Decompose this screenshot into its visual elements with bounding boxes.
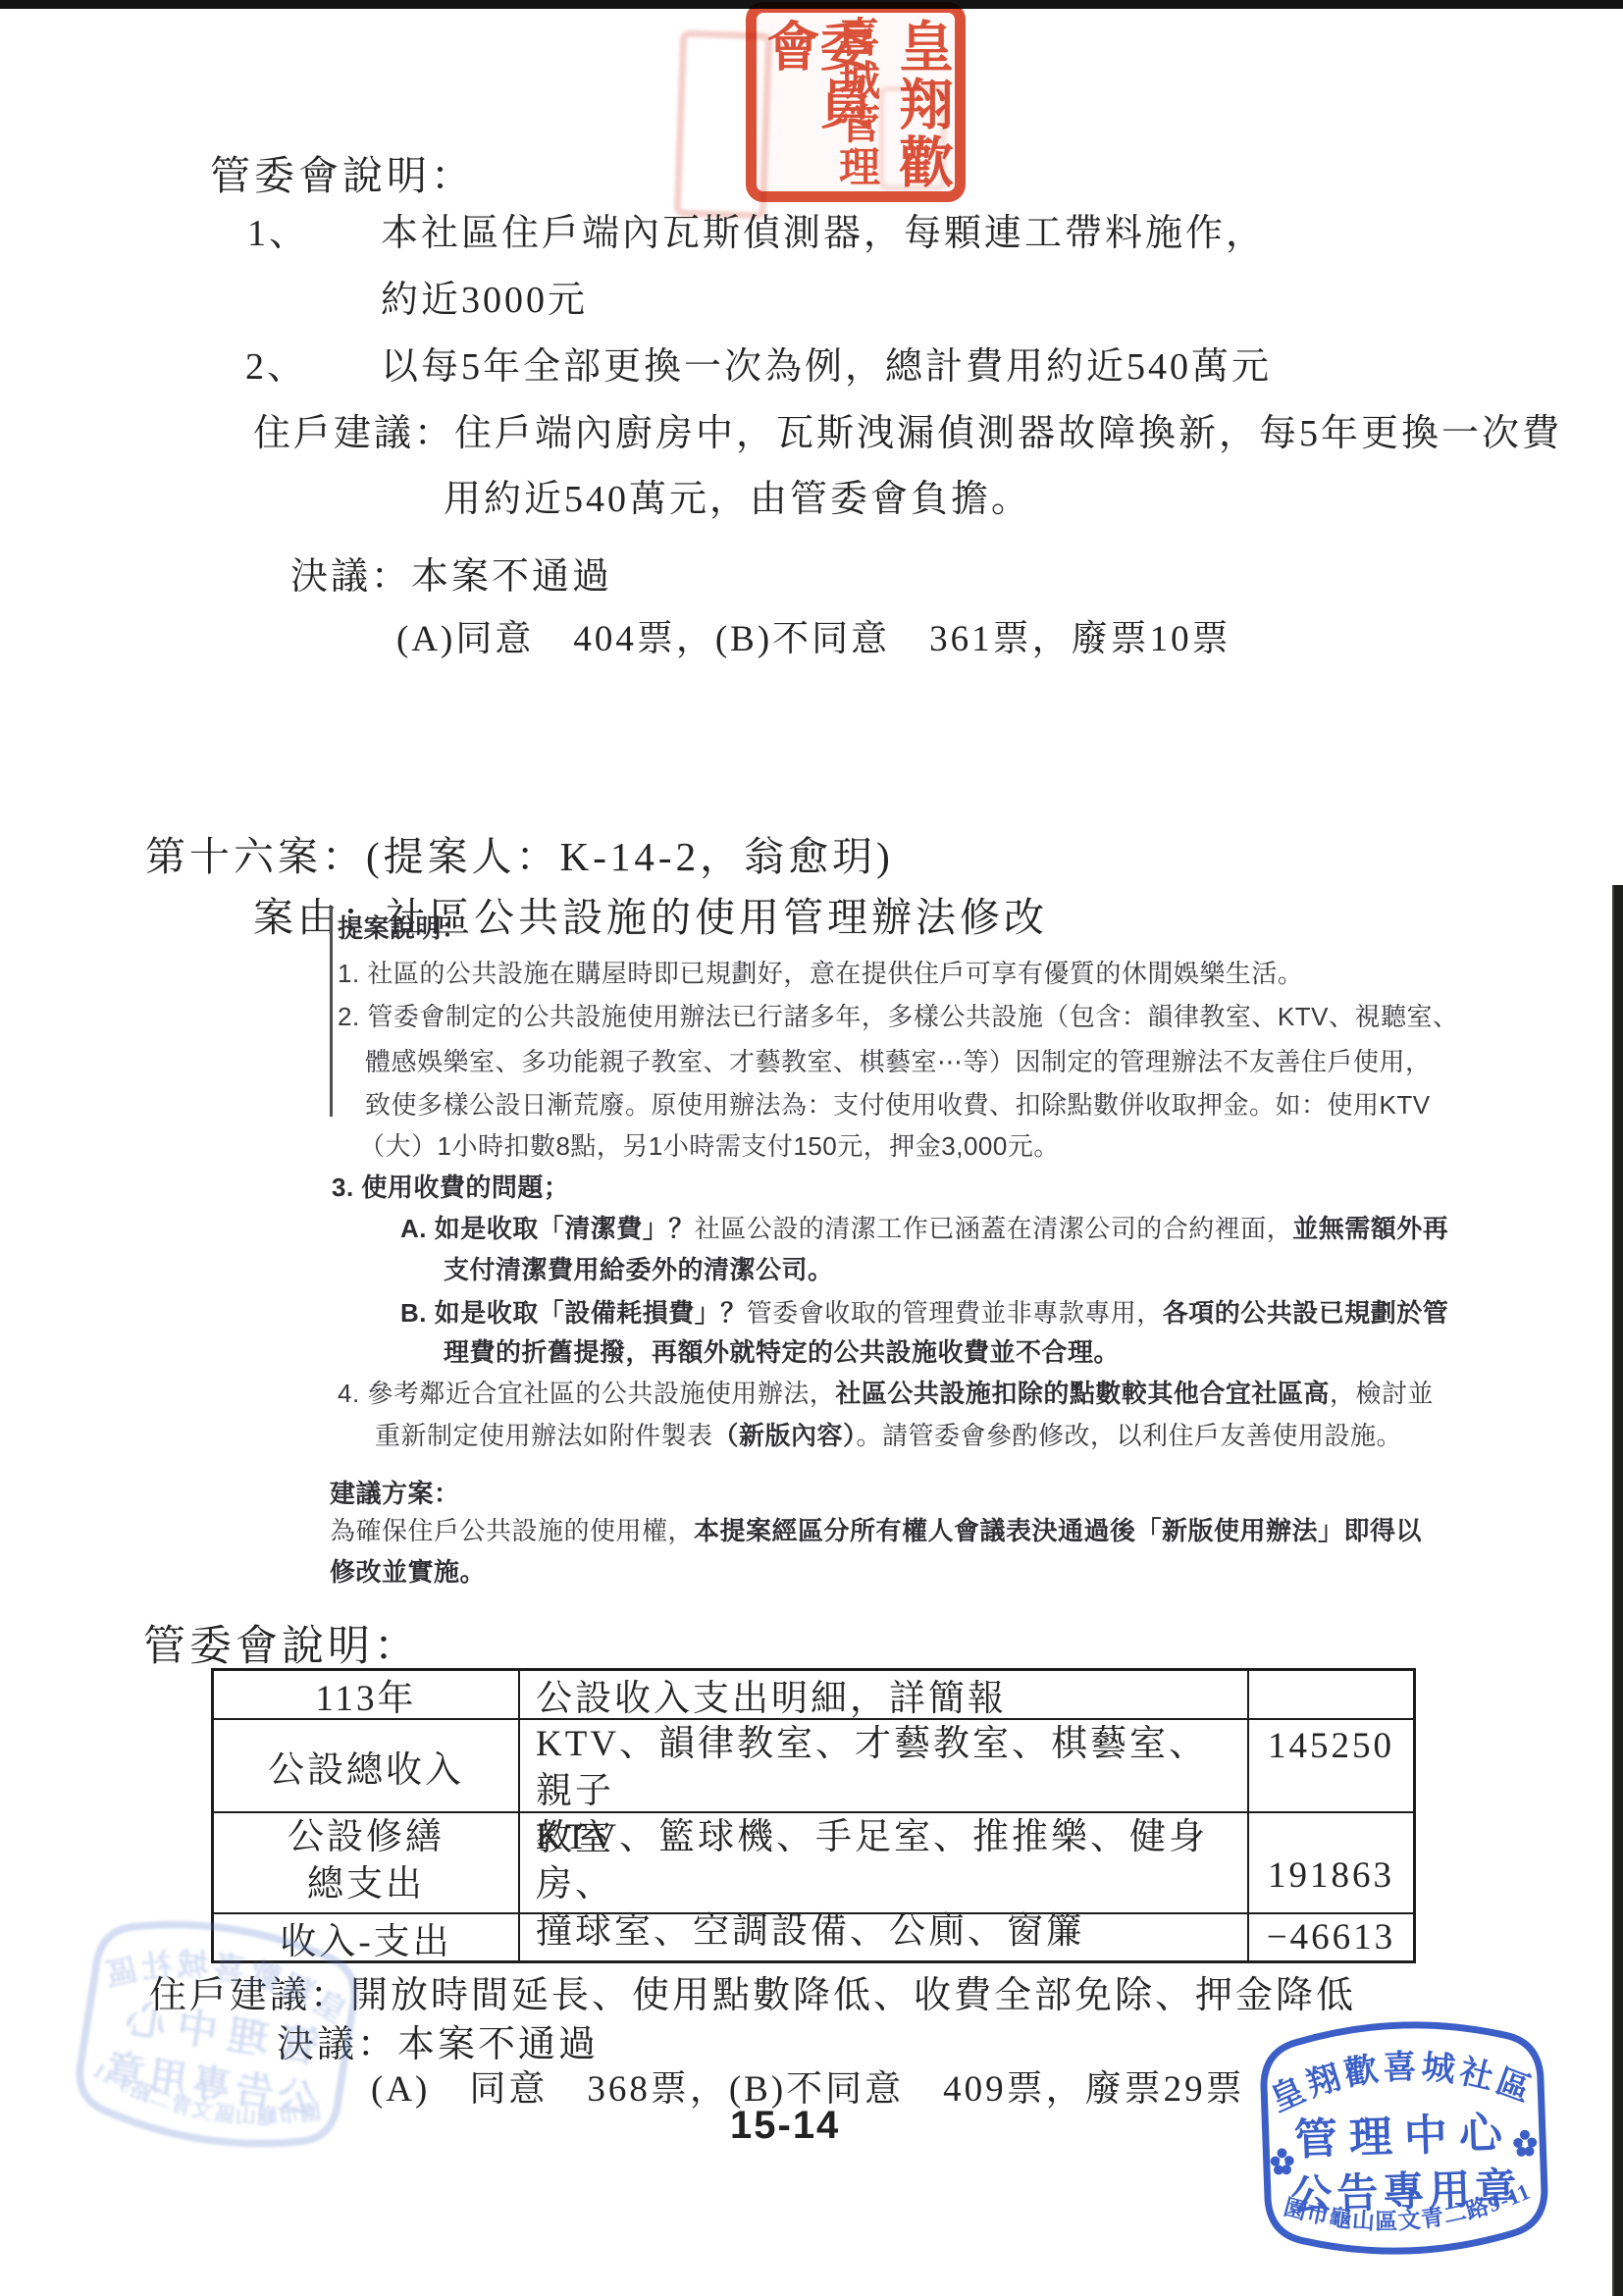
finance-table: 113年 公設收入支出明細，詳簡報 公設總收入 KTV、韻律教室、才藝教室、棋藝… (211, 1668, 1416, 1963)
plum-blossom-icon (1270, 2148, 1294, 2175)
expense-amount-cell: 191863 (1249, 1813, 1413, 1914)
page-number: 15-14 (730, 2104, 840, 2148)
stamp-arc-top-text: 皇翔歡喜城社區 (1264, 2044, 1541, 2119)
proposal-line: 體感娛樂室、多功能親子教室、才藝教室、棋藝室⋯等）因制定的管理辦法不友善住戶使用… (365, 1042, 1432, 1078)
list-item-number: 2、 (245, 336, 307, 390)
scan-edge-right (1612, 885, 1623, 2296)
balance-empty-cell (520, 1914, 1249, 1960)
proposal-line: 致使多樣公設日漸荒廢。原使用辦法為：支付使用收費、扣除點數併收取押金。如：使用K… (365, 1085, 1431, 1122)
proposal-line: 4. 參考鄰近合宜社區的公共設施使用辦法，社區公共設施扣除的點數較其他合宜社區高… (338, 1374, 1434, 1410)
income-label-cell: 公設總收入 (214, 1720, 520, 1813)
summary-cell: 公設收入支出明細，詳簡報 (520, 1671, 1249, 1720)
committee-seal-stamp: 皇翔歡 喜城管理 委員會 (746, 2, 966, 202)
proposal-line: 2. 管委會制定的公共設施使用辦法已行諸多年，多樣公共設施（包含：韻律教室、KT… (338, 997, 1458, 1033)
expense-items-cell: KTV、籃球機、手足室、推推樂、健身房、 撞球室、空調設備、公廁、窗簾 (520, 1813, 1249, 1914)
announcement-stamp-graphic: 皇翔歡喜城社區 管理中心 公告專用章 桃園市龜山區文青二路9-11號 (1237, 1996, 1571, 2281)
committee-seal-col-right: 皇翔歡 (894, 18, 949, 191)
mgmt-note-heading-case15: 管委會說明： (210, 143, 475, 201)
case-title: 第十六案：(提案人：K-14-2，翁愈玥) (145, 824, 894, 882)
announcement-stamp-bleed-mirror: 皇翔歡喜城社區 管理中心 公告專用章 桃園市龜山區文青二路9-11號 (46, 1883, 387, 2186)
resolution-line-case15: 決議：本案不通過 (290, 546, 612, 600)
vote-result-line-case15: (A)同意 404票，(B)不同意 361票，廢票10票 (396, 608, 1231, 661)
list-item-text: 以每5年全部更換一次為例，總計費用約近540萬元 (381, 336, 1272, 390)
committee-seal-col-left: 委員會 (762, 19, 868, 191)
summary-amount-cell (1249, 1671, 1413, 1720)
proposal-line: 支付清潔費用給委外的清潔公司。 (444, 1250, 834, 1286)
proposal-line: B. 如是收取「設備耗損費」？管委會收取的管理費並非專款專用，各項的公共設已規劃… (400, 1293, 1448, 1330)
year-cell: 113年 (214, 1671, 520, 1720)
expense-label-cell: 公設修繕 總支出 (214, 1813, 520, 1914)
announcement-stamp: 皇翔歡喜城社區 管理中心 公告專用章 桃園市龜山區文青二路9-11號 (1237, 1996, 1571, 2281)
proposal-line: 修改並實施。 (330, 1552, 486, 1589)
stamp-center-line1: 管理中心 (1293, 2109, 1515, 2165)
income-amount-cell: 145250 (1249, 1720, 1413, 1813)
proposal-line: 為確保住戶公共設施的使用權，本提案經區分所有權人會議表決通過後「新版使用辦法」即… (330, 1511, 1422, 1547)
proposal-line: 理費的折舊提撥，再額外就特定的公共設施收費並不合理。 (444, 1332, 1120, 1369)
announcement-stamp-ghost-graphic: 皇翔歡喜城社區 管理中心 公告專用章 桃園市龜山區文青二路9-11號 (46, 1883, 387, 2186)
proposal-section-heading: 3. 使用收費的問題； (332, 1168, 569, 1204)
proposal-line: 1. 社區的公共設施在購屋時即已規劃好，意在提供住戶可享有優質的休閒娛樂生活。 (338, 954, 1303, 990)
proposal-plan-heading: 建議方案： (330, 1474, 460, 1510)
balance-amount-cell: −46613 (1249, 1914, 1413, 1960)
proposal-line: （大）1小時扣數8點，另1小時需支付150元，押金3,000元。 (359, 1126, 1060, 1163)
list-item-text: 約近3000元 (381, 269, 588, 323)
resident-suggestion-line: 用約近540萬元，由管委會負擔。 (444, 468, 1031, 522)
plum-blossom-icon (1513, 2129, 1538, 2157)
proposal-heading: 提案說明： (338, 909, 468, 945)
scanned-meeting-minutes-page: 皇翔歡 喜城管理 委員會 管委會說明： 1、 本社區住戶端內瓦斯偵測器，每顆連工… (0, 0, 1623, 2296)
income-items-cell: KTV、韻律教室、才藝教室、棋藝室、親子 教室 (520, 1720, 1249, 1813)
mgmt-note-heading-case16: 管委會說明： (143, 1613, 420, 1673)
proposal-line: 重新制定使用辦法如附件製表（新版內容）。請管委會參酌修改，以利住戶友善使用設施。 (375, 1416, 1402, 1452)
pasted-clipping-edge-line (330, 907, 333, 1117)
list-item-number: 1、 (247, 202, 309, 256)
resident-suggestion-line: 住戶建議：住戶端內廚房中，瓦斯洩漏偵測器故障換新，每5年更換一次費 (253, 402, 1562, 456)
list-item-text: 本社區住戶端內瓦斯偵測器，每顆連工帶料施作， (381, 202, 1266, 256)
proposal-line: A. 如是收取「清潔費」？社區公設的清潔工作已涵蓋在清潔公司的合約裡面，並無需額… (400, 1209, 1448, 1245)
